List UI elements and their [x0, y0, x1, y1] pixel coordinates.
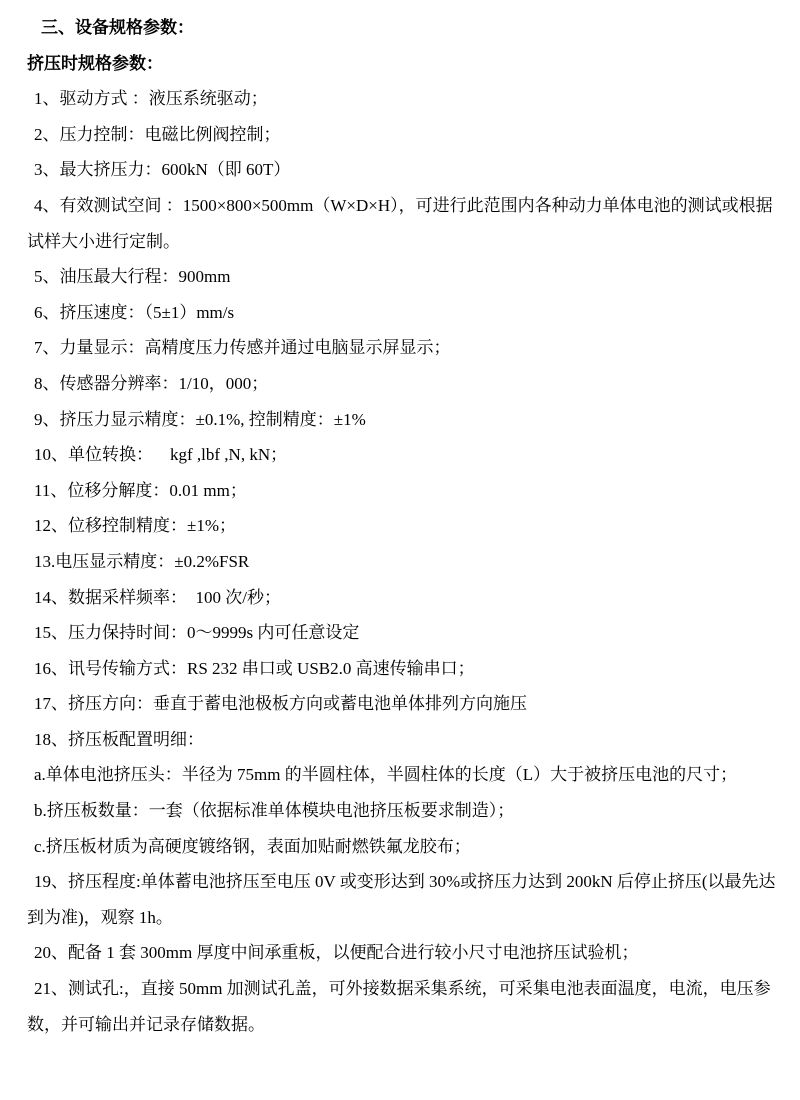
- spec-item-4: 4、有效测试空间 ：1500×800×500mm（W×D×H），可进行此范围内各…: [27, 188, 776, 259]
- spec-item-16: 16、讯号传输方式：RS 232 串口或 USB2.0 高速传输串口；: [27, 651, 776, 687]
- spec-item-15: 15、压力保持时间：0～9999s 内可任意设定: [27, 615, 776, 651]
- spec-item-10: 10、单位转换： kgf ,lbf ,N, kN；: [27, 437, 776, 473]
- spec-item-11: 11、位移分解度：0.01 mm；: [27, 473, 776, 509]
- spec-item-12: 12、位移控制精度：±1%；: [27, 508, 776, 544]
- spec-item-18: 18、挤压板配置明细：: [27, 722, 776, 758]
- spec-item-5: 5、油压最大行程：900mm: [27, 259, 776, 295]
- spec-item-14: 14、数据采样频率： 100 次/秒；: [27, 580, 776, 616]
- subsection-heading: 挤压时规格参数：: [27, 46, 776, 82]
- spec-item-1: 1、驱动方式 ：液压系统驱动；: [27, 81, 776, 117]
- spec-item-8: 8、传感器分辨率：1/10，000；: [27, 366, 776, 402]
- spec-item-18a: a.单体电池挤压头：半径为 75mm 的半圆柱体，半圆柱体的长度（L）大于被挤压…: [27, 757, 776, 793]
- spec-item-21: 21、测试孔:，直接 50mm 加测试孔盖，可外接数据采集系统，可采集电池表面温…: [27, 971, 776, 1042]
- spec-item-18c: c.挤压板材质为高硬度镀络钢，表面加贴耐燃铁氟龙胶布；: [27, 829, 776, 865]
- spec-item-18b: b.挤压板数量：一套（依据标准单体模块电池挤压板要求制造）；: [27, 793, 776, 829]
- spec-item-20: 20、配备 1 套 300mm 厚度中间承重板，以便配合进行较小尺寸电池挤压试验…: [27, 935, 776, 971]
- spec-item-6: 6、挤压速度：（5±1）mm/s: [27, 295, 776, 331]
- spec-item-17: 17、挤压方向：垂直于蓄电池极板方向或蓄电池单体排列方向施压: [27, 686, 776, 722]
- section-heading: 三、设备规格参数：: [27, 10, 776, 46]
- spec-item-19: 19、挤压程度:单体蓄电池挤压至电压 0V 或变形达到 30%或挤压力达到 20…: [27, 864, 776, 935]
- spec-item-2: 2、压力控制：电磁比例阀控制；: [27, 117, 776, 153]
- spec-item-7: 7、力量显示：高精度压力传感并通过电脑显示屏显示；: [27, 330, 776, 366]
- spec-item-9: 9、挤压力显示精度：±0.1%, 控制精度：±1%: [27, 402, 776, 438]
- spec-item-3: 3、最大挤压力：600kN（即 60T）: [27, 152, 776, 188]
- spec-document: 三、设备规格参数： 挤压时规格参数： 1、驱动方式 ：液压系统驱动； 2、压力控…: [0, 0, 800, 1100]
- spec-item-13: 13.电压显示精度：±0.2%FSR: [27, 544, 776, 580]
